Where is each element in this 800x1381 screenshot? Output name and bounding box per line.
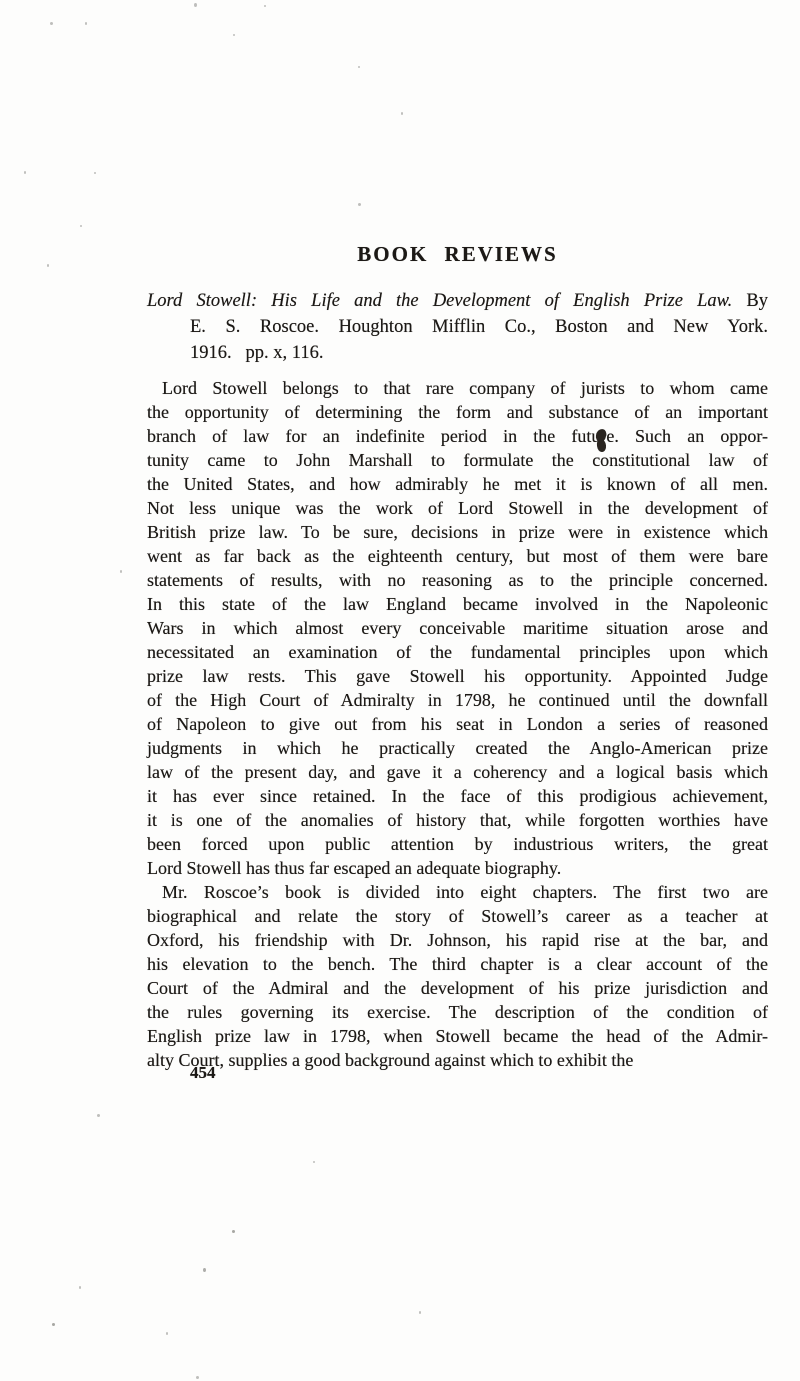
citation-by: By: [746, 291, 768, 311]
text-line: Lord Stowell has thus far escaped an ade…: [147, 856, 768, 880]
scan-speck: [232, 1230, 235, 1233]
text-line: Court of the Admiral and the development…: [147, 976, 768, 1000]
text-line: Not less unique was the work of Lord Sto…: [147, 496, 768, 520]
text-line: went as far back as the eighteenth centu…: [147, 544, 768, 568]
scan-speck: [79, 1286, 81, 1289]
text-line: In this state of the law England became …: [147, 592, 768, 616]
scan-speck: [120, 570, 122, 573]
scan-speck: [85, 22, 87, 25]
text-line: British prize law. To be sure, decisions…: [147, 520, 768, 544]
text-line: law of the present day, and gave it a co…: [147, 760, 768, 784]
review-body-text: Lord Stowell belongs to that rare compan…: [147, 376, 768, 1072]
scan-speck: [203, 1268, 206, 1272]
ink-smudge-artifact: [595, 429, 608, 453]
text-line: English prize law in 1798, when Stowell …: [147, 1024, 768, 1048]
scan-speck: [358, 203, 361, 206]
text-line: biographical and relate the story of Sto…: [147, 904, 768, 928]
page-title: BOOK REVIEWS: [147, 242, 768, 267]
scan-speck: [94, 172, 96, 174]
text-line: the United States, and how admirably he …: [147, 472, 768, 496]
text-line: Lord Stowell belongs to that rare compan…: [147, 376, 768, 400]
scan-speck: [233, 34, 235, 36]
scan-speck: [313, 1161, 315, 1163]
citation-line-1: Lord Stowell: His Life and the Developme…: [147, 288, 768, 314]
scan-speck: [24, 171, 26, 174]
text-line: judgments in which he practically create…: [147, 736, 768, 760]
text-line: of Napoleon to give out from his seat in…: [147, 712, 768, 736]
scan-speck: [80, 225, 82, 227]
scanned-book-page: BOOK REVIEWS Lord Stowell: His Life and …: [0, 0, 800, 1381]
text-line: the rules governing its exercise. The de…: [147, 1000, 768, 1024]
text-line: Wars in which almost every conceivable m…: [147, 616, 768, 640]
scan-speck: [52, 1323, 55, 1326]
text-line: tunity came to John Marshall to formulat…: [147, 448, 768, 472]
text-line: branch of law for an indefinite period i…: [147, 424, 768, 448]
text-line: been forced upon public attention by ind…: [147, 832, 768, 856]
scan-speck: [264, 5, 266, 7]
text-line: necessitated an examination of the funda…: [147, 640, 768, 664]
citation-line-2: E. S. Roscoe. Houghton Mifflin Co., Bost…: [147, 314, 768, 340]
scan-speck: [166, 1332, 168, 1335]
scan-speck: [401, 112, 403, 115]
scan-speck: [97, 1114, 100, 1117]
text-line: of the High Court of Admiralty in 1798, …: [147, 688, 768, 712]
text-line: Oxford, his friendship with Dr. Johnson,…: [147, 928, 768, 952]
scan-speck: [419, 1311, 421, 1314]
text-line: alty Court, supplies a good background a…: [147, 1048, 768, 1072]
scan-speck: [358, 66, 360, 68]
citation-line-3: 1916. pp. x, 116.: [147, 340, 768, 366]
book-citation: Lord Stowell: His Life and the Developme…: [147, 288, 768, 366]
text-line: the opportunity of determining the form …: [147, 400, 768, 424]
scan-speck: [194, 3, 197, 7]
text-line: his elevation to the bench. The third ch…: [147, 952, 768, 976]
text-line: prize law rests. This gave Stowell his o…: [147, 664, 768, 688]
book-title-italic: Lord Stowell: His Life and the Developme…: [147, 291, 732, 311]
page-number: 454: [190, 1063, 216, 1083]
scan-speck: [50, 22, 53, 25]
text-line: it has ever since retained. In the face …: [147, 784, 768, 808]
text-line: statements of results, with no reasoning…: [147, 568, 768, 592]
text-line: Mr. Roscoe’s book is divided into eight …: [147, 880, 768, 904]
scan-speck: [196, 1376, 199, 1379]
scan-speck: [47, 264, 49, 267]
text-line: it is one of the anomalies of history th…: [147, 808, 768, 832]
